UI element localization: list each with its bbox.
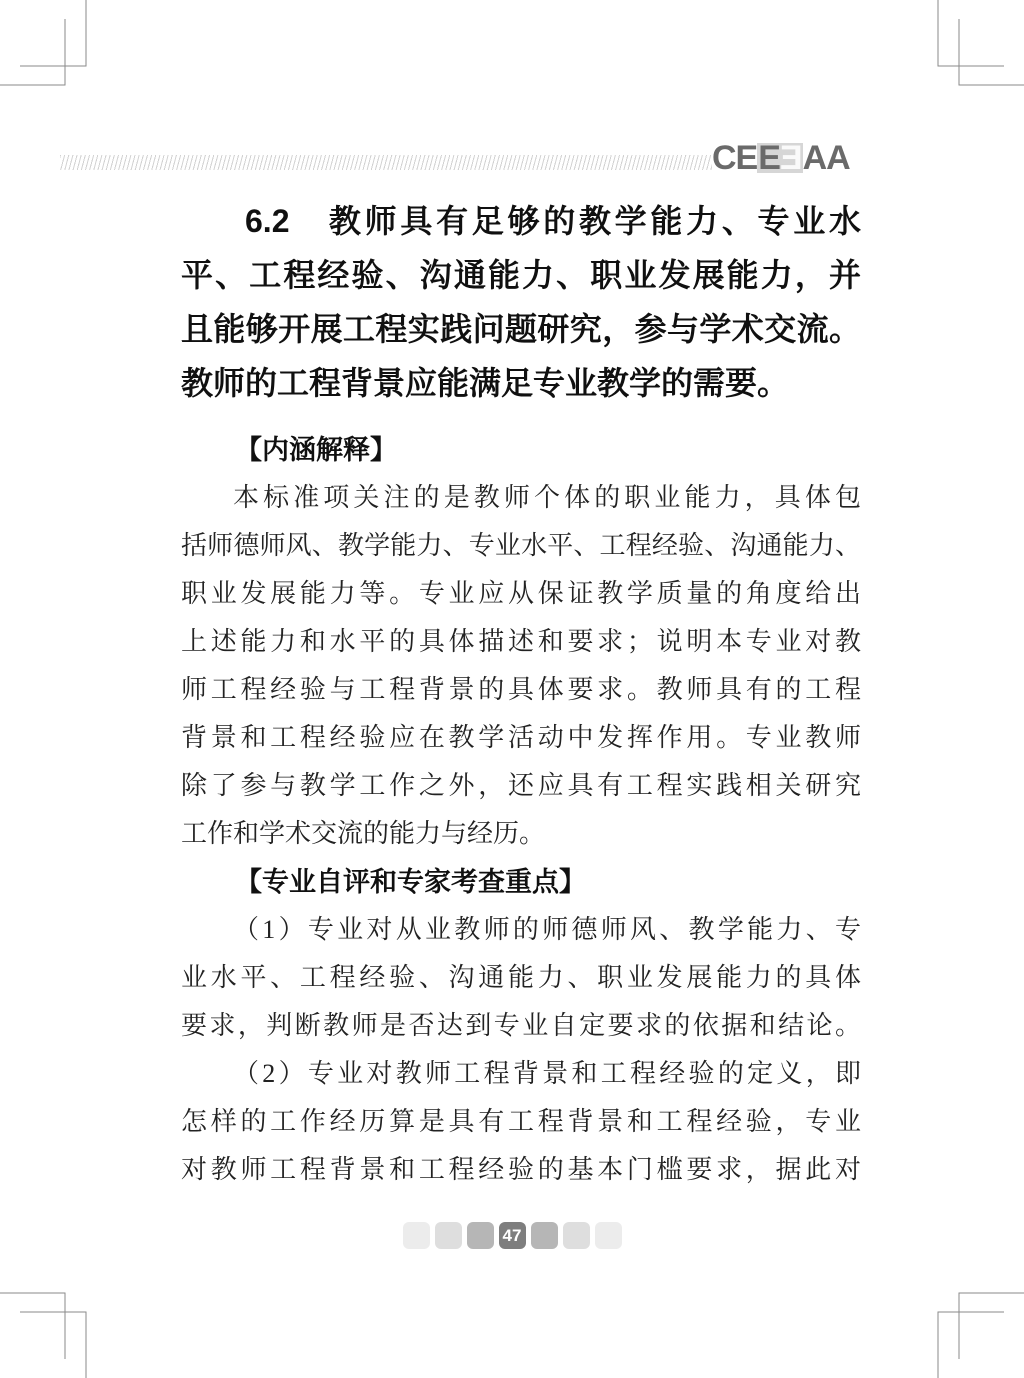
page-number-badge: 47 [499, 1222, 526, 1249]
focus-paragraph-1: （1）专业对从业教师的师德师风、教学能力、专 业水平、工程经验、沟通能力、职业发… [181, 906, 861, 1050]
body-line: 业水平、工程经验、沟通能力、职业发展能力的具体 [181, 954, 861, 1002]
page-indicator-step [435, 1222, 462, 1249]
logo-boxed-e: E [758, 140, 780, 176]
body-line: 本标准项关注的是教师个体的职业能力，具体包 [181, 474, 861, 522]
explain-paragraph: 本标准项关注的是教师个体的职业能力，具体包 括师德师风、教学能力、专业水平、工程… [181, 474, 861, 858]
body-line: 对教师工程背景和工程经验的基本门槛要求，据此对 [181, 1146, 861, 1194]
logo-text-right: AA [803, 140, 850, 176]
ceeaa-logo: CEEƎAA [712, 139, 850, 177]
document-page: CEEƎAA 6.2 教师具有足够的教学能力、专业水 平、工程经验、沟通能力、职… [0, 0, 1024, 1378]
page-indicator-step [403, 1222, 430, 1249]
title-line: 教师的工程背景应能满足专业教学的需要。 [181, 356, 861, 410]
crop-mark-bottom-right [924, 1278, 1024, 1378]
section-title: 6.2 教师具有足够的教学能力、专业水 平、工程经验、沟通能力、职业发展能力，并… [181, 194, 861, 410]
body-line: 背景和工程经验应在教学活动中发挥作用。专业教师 [181, 714, 861, 762]
logo-boxed-reversed-e: Ǝ [780, 140, 802, 176]
page-indicator-step [531, 1222, 558, 1249]
focus-paragraph-2: （2）专业对教师工程背景和工程经验的定义，即 怎样的工作经历算是具有工程背景和工… [181, 1050, 861, 1194]
body-line: 怎样的工作经历算是具有工程背景和工程经验，专业 [181, 1098, 861, 1146]
page-indicator-step [467, 1222, 494, 1249]
body-line: 除了参与教学工作之外，还应具有工程实践相关研究 [181, 762, 861, 810]
header-hatched-rule [60, 155, 712, 170]
text-column: 6.2 教师具有足够的教学能力、专业水 平、工程经验、沟通能力、职业发展能力，并… [181, 194, 861, 1194]
body-line: 工作和学术交流的能力与经历。 [181, 810, 861, 858]
logo-text-left: CE [712, 140, 757, 176]
crop-mark-top-right [924, 0, 1024, 100]
body-line: 职业发展能力等。专业应从保证教学质量的角度给出 [181, 570, 861, 618]
body-line: 上述能力和水平的具体描述和要求；说明本专业对教 [181, 618, 861, 666]
body-line: （1）专业对从业教师的师德师风、教学能力、专 [181, 906, 861, 954]
body-line: （2）专业对教师工程背景和工程经验的定义，即 [181, 1050, 861, 1098]
crop-mark-top-left [0, 0, 100, 100]
page-indicator-step [595, 1222, 622, 1249]
page-indicator: 47 [0, 1222, 1024, 1249]
title-line: 6.2 教师具有足够的教学能力、专业水 [181, 194, 861, 248]
title-line: 平、工程经验、沟通能力、职业发展能力，并 [181, 248, 861, 302]
body-line: 括师德师风、教学能力、专业水平、工程经验、沟通能力、 [181, 522, 861, 570]
logo-center-box: EƎ [757, 143, 802, 173]
subsection-heading-focus: 【专业自评和专家考查重点】 [181, 858, 861, 906]
page-indicator-step [563, 1222, 590, 1249]
body-line: 要求，判断教师是否达到专业自定要求的依据和结论。 [181, 1002, 861, 1050]
title-line: 且能够开展工程实践问题研究，参与学术交流。 [181, 302, 861, 356]
body-line: 师工程经验与工程背景的具体要求。教师具有的工程 [181, 666, 861, 714]
subsection-heading-explain: 【内涵解释】 [181, 426, 861, 474]
crop-mark-bottom-left [0, 1278, 100, 1378]
